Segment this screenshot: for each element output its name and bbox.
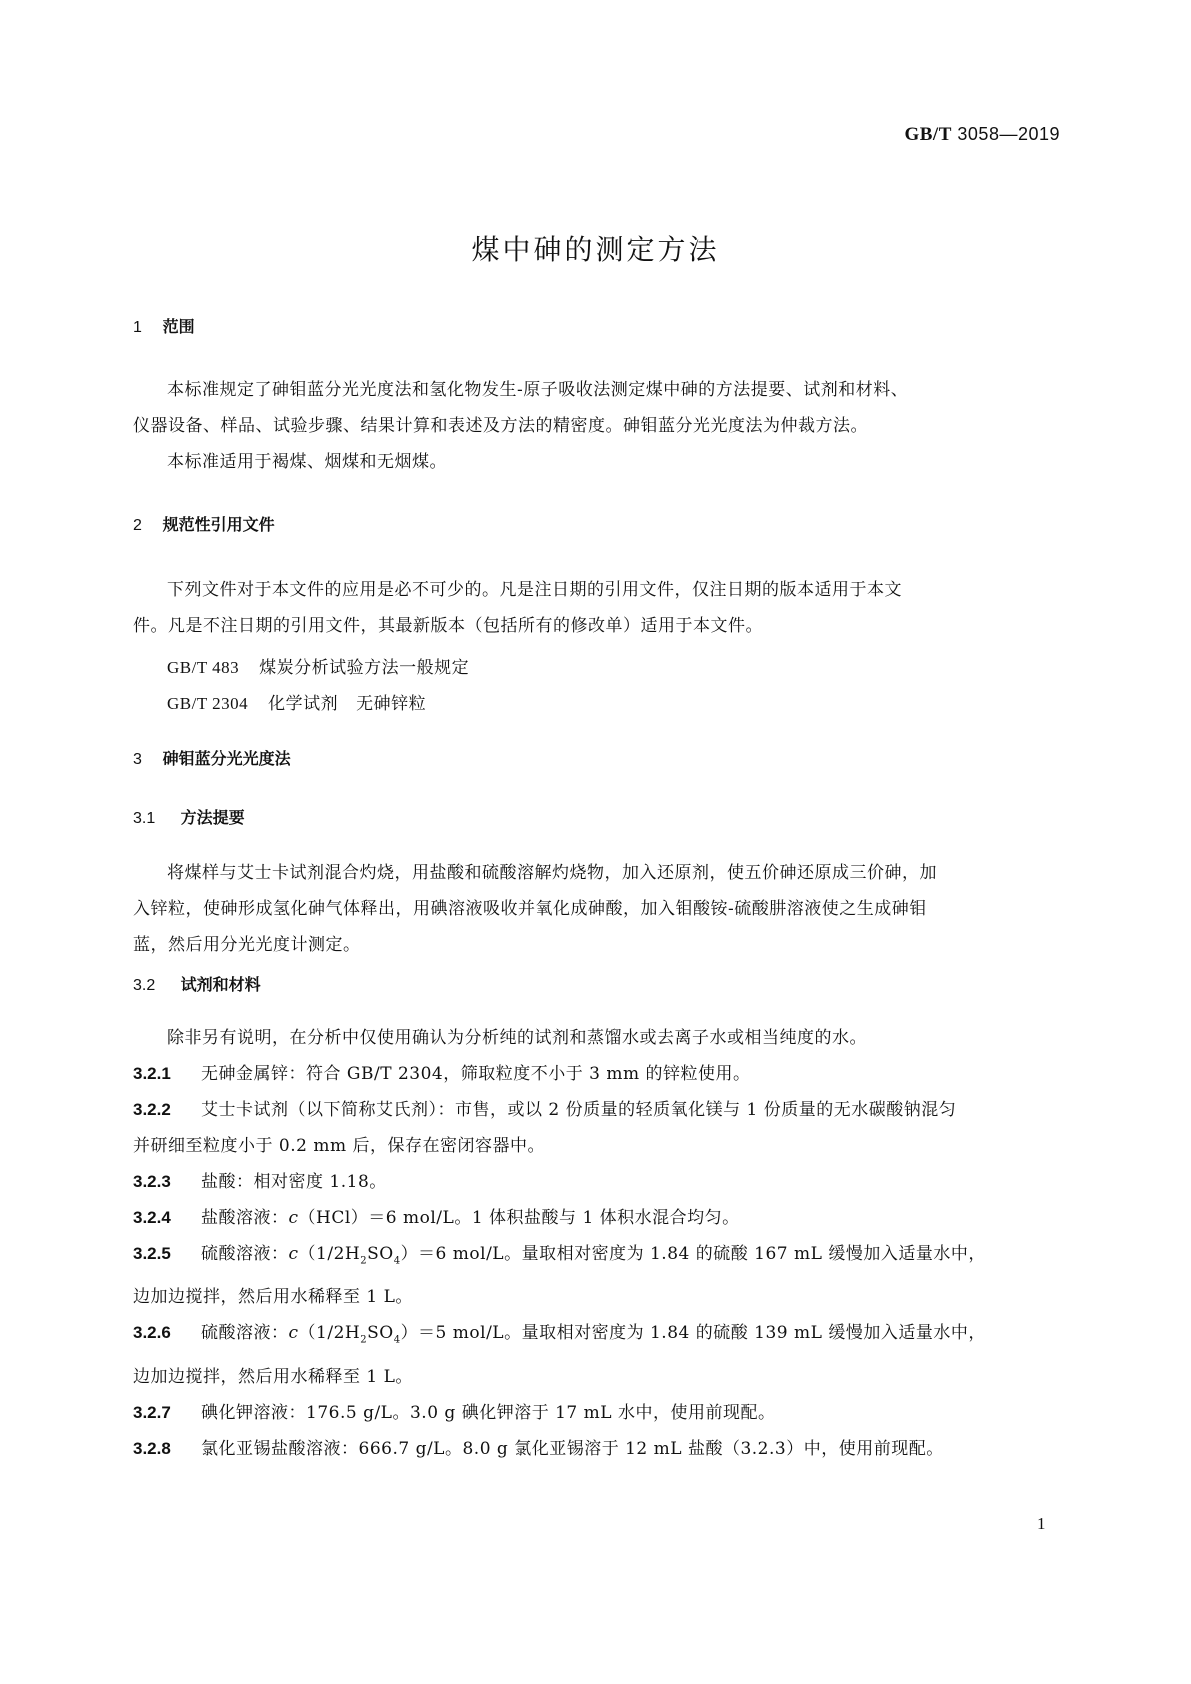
text-line: 下列文件对于本文件的应用是必不可少的。凡是注日期的引用文件，仅注日期的版本适用于… (133, 572, 1063, 608)
clause-3-2-2: 3.2.2艾士卡试剂（以下简称艾氏剂）：市售，或以 2 份质量的轻质氧化镁与 1… (133, 1092, 1063, 1128)
reagents-intro: 除非另有说明，在分析中仅使用确认为分析纯的试剂和蒸馏水或去离子水或相当纯度的水。 (133, 1020, 1063, 1056)
section-number: 3.2 (133, 977, 175, 995)
formula-part: SO (367, 1323, 394, 1343)
concentration-symbol: c (289, 1208, 299, 1228)
document-title: 煤中砷的测定方法 (0, 228, 1191, 268)
clause-3-2-6: 3.2.6硫酸溶液：c（1/2H2SO4）＝5 mol/L。量取相对密度为 1.… (133, 1315, 1063, 1358)
clause-text: 无砷金属锌：符合 GB/T 2304，筛取粒度不小于 3 mm 的锌粒使用。 (201, 1064, 750, 1084)
clause-number: 3.2.1 (133, 1056, 201, 1092)
section-number: 1 (133, 319, 157, 337)
formula-subscript: 4 (394, 1255, 401, 1266)
clause-number: 3.2.7 (133, 1395, 201, 1431)
clause-text: ）＝5 mol/L。量取相对密度为 1.84 的硫酸 139 mL 缓慢加入适量… (401, 1323, 986, 1343)
text-line: 件。凡是不注日期的引用文件，其最新版本（包括所有的修改单）适用于本文件。 (133, 608, 1063, 644)
clause-number: 3.2.4 (133, 1200, 201, 1236)
section-number: 3.1 (133, 810, 175, 828)
standard-prefix: GB/T (904, 124, 951, 145)
section-title: 砷钼蓝分光光度法 (163, 749, 291, 768)
clause-3-2-1: 3.2.1无砷金属锌：符合 GB/T 2304，筛取粒度不小于 3 mm 的锌粒… (133, 1056, 1063, 1092)
subsection-heading-3-1: 3.1 方法提要 (133, 805, 245, 828)
clause-continuation: 并研细至粒度小于 0.2 mm 后，保存在密闭容器中。 (133, 1128, 1063, 1164)
clause-3-2-7: 3.2.7碘化钾溶液：176.5 g/L。3.0 g 碘化钾溶于 17 mL 水… (133, 1395, 1063, 1431)
formula-part: SO (367, 1244, 394, 1264)
standard-code: 3058—2019 (957, 124, 1060, 144)
page-number: 1 (1037, 1514, 1046, 1534)
reference-title: 煤炭分析试验方法一般规定 (259, 658, 469, 678)
clause-number: 3.2.3 (133, 1164, 201, 1200)
clause-number: 3.2.2 (133, 1092, 201, 1128)
concentration-symbol: c (289, 1323, 299, 1343)
clause-3-2-5: 3.2.5硫酸溶液：c（1/2H2SO4）＝6 mol/L。量取相对密度为 1.… (133, 1236, 1063, 1279)
clause-3-2-8: 3.2.8氯化亚锡盐酸溶液：666.7 g/L。8.0 g 氯化亚锡溶于 12 … (133, 1431, 1063, 1467)
method-summary-paragraph: 将煤样与艾士卡试剂混合灼烧，用盐酸和硫酸溶解灼烧物，加入还原剂，使五价砷还原成三… (133, 855, 1063, 963)
scope-paragraph: 本标准规定了砷钼蓝分光光度法和氢化物发生-原子吸收法测定煤中砷的方法提要、试剂和… (133, 372, 1063, 480)
section-number: 3 (133, 751, 157, 769)
clause-continuation: 边加边搅拌，然后用水稀释至 1 L。 (133, 1359, 1063, 1395)
section-heading-2: 2 规范性引用文件 (133, 512, 275, 535)
clause-number: 3.2.8 (133, 1431, 201, 1467)
clause-continuation: 边加边搅拌，然后用水稀释至 1 L。 (133, 1279, 1063, 1315)
section-number: 2 (133, 517, 157, 535)
clause-3-2-3: 3.2.3盐酸：相对密度 1.18。 (133, 1164, 1063, 1200)
formula-part: （1/2H (299, 1244, 361, 1264)
section-title: 规范性引用文件 (163, 515, 275, 534)
clause-number: 3.2.5 (133, 1236, 201, 1272)
text-line: 将煤样与艾士卡试剂混合灼烧，用盐酸和硫酸溶解灼烧物，加入还原剂，使五价砷还原成三… (133, 855, 1063, 891)
section-title: 方法提要 (181, 808, 245, 827)
section-title: 试剂和材料 (181, 975, 261, 994)
reference-item: GB/T 2304 化学试剂无砷锌粒 (167, 689, 426, 714)
clause-text: ）＝6 mol/L。量取相对密度为 1.84 的硫酸 167 mL 缓慢加入适量… (401, 1244, 986, 1264)
clause-3-2-4: 3.2.4盐酸溶液：c（HCl）＝6 mol/L。1 体积盐酸与 1 体积水混合… (133, 1200, 1063, 1236)
document-page: GB/T 3058—2019 煤中砷的测定方法 1 范围 本标准规定了砷钼蓝分光… (0, 0, 1191, 1684)
section-title: 范围 (163, 317, 195, 336)
normative-refs-paragraph: 下列文件对于本文件的应用是必不可少的。凡是注日期的引用文件，仅注日期的版本适用于… (133, 572, 1063, 644)
clause-text: 硫酸溶液： (201, 1323, 289, 1343)
subsection-heading-3-2: 3.2 试剂和材料 (133, 972, 261, 995)
formula-part: （1/2H (299, 1323, 361, 1343)
clause-text: 盐酸溶液： (201, 1208, 289, 1228)
clause-text: 氯化亚锡盐酸溶液：666.7 g/L。8.0 g 氯化亚锡溶于 12 mL 盐酸… (201, 1439, 944, 1459)
reference-subtitle: 无砷锌粒 (356, 694, 426, 714)
clause-text: （HCl）＝6 mol/L。1 体积盐酸与 1 体积水混合均匀。 (299, 1208, 740, 1228)
text-line: 本标准适用于褐煤、烟煤和无烟煤。 (133, 444, 1063, 480)
text-line: 仪器设备、样品、试验步骤、结果计算和表述及方法的精密度。砷钼蓝分光光度法为仲裁方… (133, 408, 1063, 444)
clause-text: 盐酸：相对密度 1.18。 (201, 1172, 387, 1192)
formula-subscript: 4 (394, 1335, 401, 1346)
reference-title: 化学试剂 (268, 694, 338, 714)
concentration-symbol: c (289, 1244, 299, 1264)
section-heading-3: 3 砷钼蓝分光光度法 (133, 746, 291, 769)
clause-text: 碘化钾溶液：176.5 g/L。3.0 g 碘化钾溶于 17 mL 水中，使用前… (201, 1403, 775, 1423)
text-line: 本标准规定了砷钼蓝分光光度法和氢化物发生-原子吸收法测定煤中砷的方法提要、试剂和… (133, 372, 1063, 408)
section-heading-1: 1 范围 (133, 314, 195, 337)
reference-code: GB/T 2304 (167, 694, 248, 714)
text-line: 蓝，然后用分光光度计测定。 (133, 927, 1063, 963)
reference-item: GB/T 483 煤炭分析试验方法一般规定 (167, 653, 469, 678)
reagents-list: 除非另有说明，在分析中仅使用确认为分析纯的试剂和蒸馏水或去离子水或相当纯度的水。… (133, 1020, 1063, 1467)
standard-number: GB/T 3058—2019 (904, 124, 1060, 146)
clause-number: 3.2.6 (133, 1315, 201, 1351)
text-line: 入锌粒，使砷形成氢化砷气体释出，用碘溶液吸收并氧化成砷酸，加入钼酸铵-硫酸肼溶液… (133, 891, 1063, 927)
reference-code: GB/T 483 (167, 658, 239, 678)
clause-text: 硫酸溶液： (201, 1244, 289, 1264)
clause-text: 艾士卡试剂（以下简称艾氏剂）：市售，或以 2 份质量的轻质氧化镁与 1 份质量的… (201, 1100, 956, 1120)
